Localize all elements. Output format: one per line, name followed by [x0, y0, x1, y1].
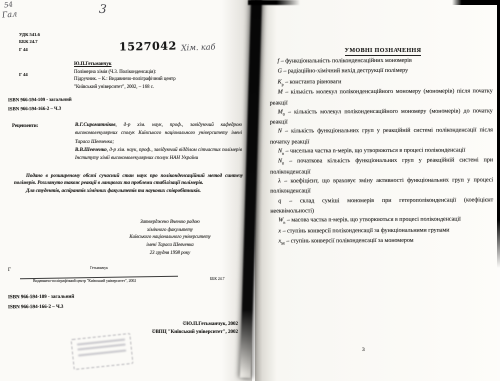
- handwritten-stamp-note: Хім. каб: [181, 42, 216, 52]
- approval-block: Затверджено Вченою радоюхімічного факуль…: [88, 219, 252, 258]
- reviewers-label: Рецензенти:: [12, 124, 38, 129]
- scan-edge-top: [452, 0, 500, 5]
- isbn-line: ISBN 966-594-166-2 – Ч.3: [8, 302, 74, 312]
- catalog-overline-text: Гетьманчук: [20, 266, 178, 270]
- symbol-subscript: 0: [282, 161, 284, 166]
- symbol-definition: М – кількість молекул поліконденсаційног…: [270, 88, 493, 109]
- symbol: f: [278, 59, 280, 65]
- page-number: 3: [362, 347, 365, 353]
- symbol-definition: q – склад суміші мономерів при гетеропол…: [270, 196, 493, 217]
- isbn-line: ISBN 966-594-166-2 – Ч.3: [8, 105, 72, 115]
- symbol-meaning: – радіаційно-хімічний вихід деструкції п…: [283, 68, 408, 75]
- symbol-definition: хМ – ступінь конверсії поліконденсації з…: [270, 236, 493, 248]
- biblio-line: Полімерна хімія (Ч.3. Поліконденсація):: [74, 69, 236, 76]
- reviewer-name: В.Г.Сиромятніков: [75, 123, 116, 128]
- symbol-meaning: – початкова кількість функціональних гру…: [270, 158, 493, 176]
- annotation-block: Подано в розширеному обсязі сучасний ста…: [14, 173, 243, 195]
- stamp-illegible-line: [78, 349, 126, 356]
- isbn-block-top: ISBN 966-594-109 - загальний ISBN 966-59…: [8, 96, 72, 115]
- book-spread-scan: 54 Гал 3 УДК 541.6 ББК 24.7 Г 44 1527042…: [0, 0, 500, 381]
- symbol-meaning: – константа рівноваги: [285, 79, 341, 85]
- symbol-meaning: – кількість молекул поліконденсаційного …: [270, 89, 493, 107]
- accession-number-stamp: 1527042: [119, 39, 177, 53]
- isbn-line: ISBN 966-594-109 - загальний: [8, 293, 74, 303]
- gutter-top-shadow: [248, 0, 300, 5]
- annotation-paragraph: Для студентів, аспірантів хімічних факул…: [14, 188, 243, 195]
- symbol-meaning: – коефіцієнт, що враховує зміну активнос…: [270, 177, 493, 195]
- symbol-subscript: 0: [283, 111, 285, 116]
- catalog-bbk-code: ББК 24.7: [210, 277, 225, 281]
- classification-block: УДК 541.6 ББК 24.7 Г 44: [19, 31, 40, 53]
- approval-line: імені Тараса Шевченка: [88, 242, 252, 250]
- symbol-definition: λ – коефіцієнт, що враховує зміну активн…: [270, 176, 493, 197]
- catalog-letter: Г: [8, 268, 11, 273]
- bibliographic-entry: Полімерна хімія (Ч.3. Поліконденсація): …: [74, 69, 236, 91]
- symbol-definition: N – кількість функціональних груп у реак…: [270, 127, 493, 148]
- symbol: G: [278, 69, 282, 75]
- symbol-definition: Wn – масова частка n-мерів, що утворюють…: [270, 216, 493, 228]
- symbol: q: [278, 198, 281, 204]
- symbol: N: [278, 129, 282, 135]
- isbn-block-bottom: ISBN 966-594-109 - загальний ISBN 966-59…: [8, 293, 75, 313]
- page-title-wrap: УМОВНІ ПОЗНАЧЕННЯ: [272, 39, 494, 57]
- annotation-paragraph: Подано в розширеному обсязі сучасний ста…: [14, 173, 243, 188]
- isbn-line: ISBN 966-594-109 - загальний: [8, 96, 72, 106]
- symbol-subscript: n: [283, 220, 285, 225]
- reviewer-name: В.В.Шевченко: [75, 148, 107, 153]
- approval-line: хімічного факультету: [88, 227, 252, 235]
- symbol: х: [278, 228, 281, 234]
- faint-library-stamp: [71, 333, 134, 370]
- approval-line: Київського національного університету: [88, 234, 252, 242]
- approval-line: Затверджено Вченою радою: [88, 219, 252, 227]
- symbol-meaning: – чисельна частка n-мерів, що утворюютьс…: [285, 148, 465, 155]
- reviewer-entry: В.В.Шевченко, д-р хім. наук, проф., заві…: [75, 147, 242, 164]
- handwritten-number: 3: [99, 2, 108, 16]
- symbol-definition: N0 – початкова кількість функціональних …: [270, 157, 493, 178]
- symbol-subscript: р: [282, 81, 284, 86]
- symbol-definition: М0 – кількість молекул поліконденсаційно…: [270, 107, 493, 128]
- biblio-line: "Київський університет", 2002, – 168 с.: [74, 84, 236, 91]
- catalog-publisher-line: Видавничо-поліграфічний центр "Київський…: [33, 279, 183, 283]
- entry-code: Г 44: [19, 72, 28, 77]
- symbol-meaning: – ступінь конверсії поліконденсації за ф…: [283, 227, 450, 234]
- reviewer-entry: В.Г.Сиромятніков, д-р хім. наук, проф., …: [75, 122, 242, 147]
- author-name: Ю.П.Гетьманчук: [74, 62, 112, 67]
- handwritten-call-letters: Гал: [2, 9, 18, 19]
- symbol: М: [278, 90, 283, 96]
- symbol-subscript: n: [282, 151, 284, 156]
- handwritten-call-number: 54: [3, 0, 13, 9]
- symbol-meaning: – функціональність поліконденсаційних мо…: [281, 58, 412, 65]
- biblio-line: Підручник. – К.: Видавничо-поліграфічний…: [74, 76, 236, 83]
- symbol-meaning: – масова частка n-мерів, що утворюються …: [287, 217, 461, 224]
- symbol-meaning: – ступінь конверсії поліконденсації за м…: [286, 238, 413, 245]
- symbol: λ: [278, 178, 281, 184]
- scan-edge-right: [497, 0, 500, 268]
- page-title: УМОВНІ ПОЗНАЧЕННЯ: [345, 48, 422, 56]
- symbols-list: f – функціональність поліконденсаційних …: [270, 56, 494, 247]
- copyright-line: ©Ю.П.Гетьманчук, 2002: [95, 321, 238, 329]
- reviewers-block: В.Г.Сиромятніков, д-р хім. наук, проф., …: [75, 122, 242, 163]
- approval-line: 23 грудня 1998 року: [88, 250, 252, 258]
- symbol-subscript: М: [281, 241, 285, 246]
- symbol-meaning: – кількість молекул поліконденсаційного …: [270, 108, 493, 126]
- symbol-meaning: – кількість функціональних груп у реакці…: [270, 128, 493, 146]
- symbol-meaning: – склад суміші мономерів при гетерополік…: [270, 197, 493, 215]
